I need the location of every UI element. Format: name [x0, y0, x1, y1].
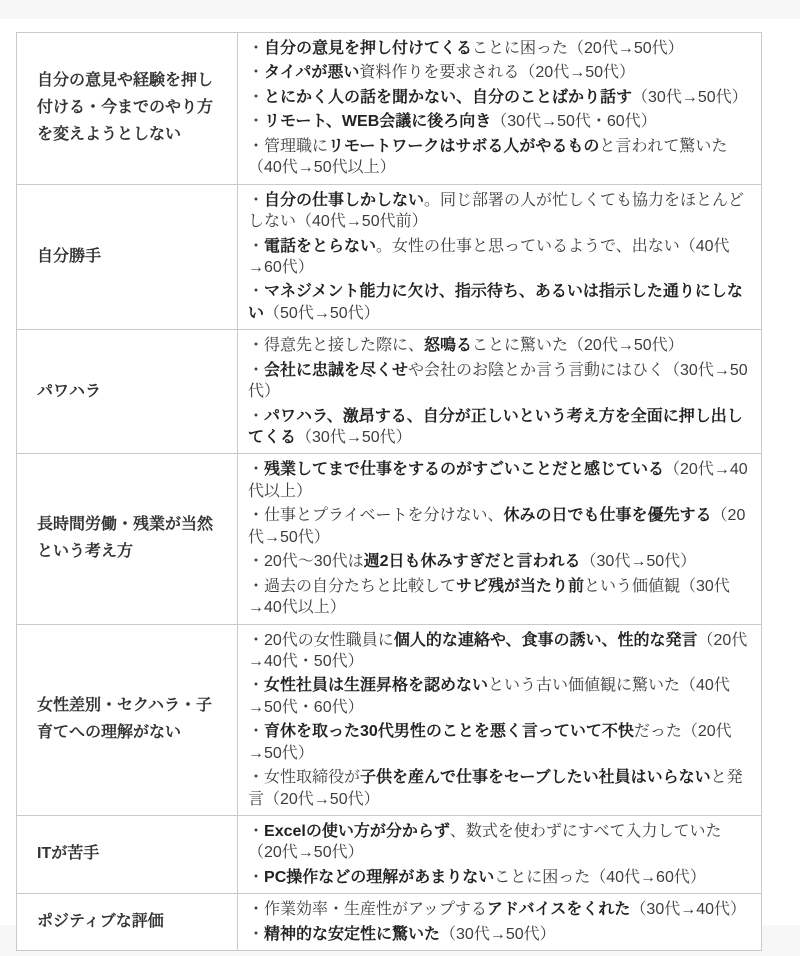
emphasis-text: 子供を産んで仕事をセーブしたい社員はいらない — [360, 769, 711, 786]
details-cell: ・20代の女性職員に個人的な連絡や、食事の誘い、性的な発言（20代→40代・50… — [238, 624, 762, 816]
emphasis-text: 会社に忠誠を尽くせ — [264, 362, 408, 379]
article-card: 自分の意見や経験を押し付ける・今までのやり方を変えようとしない・自分の意見を押し… — [0, 19, 800, 925]
plain-text: ・管理職に — [248, 138, 328, 155]
category-cell: 長時間労働・残業が当然という考え方 — [17, 454, 238, 624]
details-cell: ・残業してまで仕事をするのがすごいことだと感じている（20代→40代以上）・仕事… — [238, 454, 762, 624]
emphasis-text: 自分の意見を押し付けてくる — [264, 40, 472, 57]
table-row: 女性差別・セクハラ・子育てへの理解がない・20代の女性職員に個人的な連絡や、食事… — [17, 624, 762, 816]
plain-text: ・女性取締役が — [248, 769, 360, 786]
feedback-item: ・精神的な安定性に驚いた（30代→50代） — [248, 924, 751, 945]
plain-text: （30代→50代） — [632, 89, 748, 106]
plain-text: （30代→50代） — [440, 926, 556, 943]
plain-text: 資料作りを要求される（20代→50代） — [359, 64, 635, 81]
emphasis-text: 育休を取った30代男性のことを悪く言っていて不快 — [264, 723, 634, 740]
emphasis-text: とにかく人の話を聞かない、自分のことばかり話す — [264, 89, 632, 106]
plain-text: ・ — [248, 64, 264, 81]
details-cell: ・作業効率・生産性がアップするアドバイスをくれた（30代→40代）・精神的な安定… — [238, 894, 762, 951]
feedback-item: ・PC操作などの理解があまりないことに困った（40代→60代） — [248, 867, 751, 888]
plain-text: ことに困った（40代→60代） — [494, 869, 706, 886]
plain-text: ・ — [248, 677, 264, 694]
plain-text: ・ — [248, 408, 264, 425]
emphasis-text: サビ残が当たり前 — [456, 578, 584, 595]
plain-text: ・ — [248, 238, 264, 255]
emphasis-text: 自分の仕事しかしない — [264, 192, 424, 209]
plain-text: ・ — [248, 723, 264, 740]
plain-text: ・20代～30代は — [248, 553, 364, 570]
plain-text: ・ — [248, 113, 264, 130]
plain-text: ・ — [248, 192, 264, 209]
emphasis-text: 残業してまで仕事をするのがすごいことだと感じている — [264, 461, 664, 478]
plain-text: （30代→40代） — [630, 901, 746, 918]
plain-text: ことに困った（20代→50代） — [472, 40, 684, 57]
feedback-item: ・Excelの使い方が分からず、数式を使わずにすべて入力していた（20代→50代… — [248, 821, 751, 864]
emphasis-text: 電話をとらない — [264, 238, 376, 255]
details-cell: ・自分の意見を押し付けてくることに困った（20代→50代）・タイパが悪い資料作り… — [238, 33, 762, 185]
plain-text: （30代→50代） — [296, 429, 412, 446]
feedback-item: ・作業効率・生産性がアップするアドバイスをくれた（30代→40代） — [248, 899, 751, 920]
emphasis-text: 精神的な安定性に驚いた — [264, 926, 440, 943]
plain-text: ・ — [248, 823, 264, 840]
plain-text: ことに驚いた（20代→50代） — [472, 337, 684, 354]
feedback-item: ・会社に忠誠を尽くせや会社のお陰とか言う言動にはひく（30代→50代） — [248, 360, 751, 403]
feedback-item: ・自分の意見を押し付けてくることに困った（20代→50代） — [248, 38, 751, 59]
plain-text: （30代→50代） — [581, 553, 697, 570]
feedback-item: ・20代の女性職員に個人的な連絡や、食事の誘い、性的な発言（20代→40代・50… — [248, 630, 751, 673]
plain-text: ・ — [248, 283, 264, 300]
feedback-item: ・過去の自分たちと比較してサビ残が当たり前という価値観（30代→40代以上） — [248, 576, 751, 619]
table-row: 自分勝手・自分の仕事しかしない。同じ部署の人が忙しくても協力をほとんどしない（4… — [17, 184, 762, 330]
plain-text: ・ — [248, 89, 264, 106]
plain-text: ・ — [248, 362, 264, 379]
plain-text: ・ — [248, 869, 264, 886]
feedback-item: ・女性取締役が子供を産んで仕事をセーブしたい社員はいらないと発言（20代→50代… — [248, 767, 751, 810]
plain-text: ・得意先と接した際に、 — [248, 337, 424, 354]
feedback-item: ・マネジメント能力に欠け、指示待ち、あるいは指示した通りにしない（50代→50代… — [248, 281, 751, 324]
feedback-item: ・パワハラ、激昂する、自分が正しいという考え方を全面に押し出してくる（30代→5… — [248, 406, 751, 449]
category-cell: ITが苦手 — [17, 816, 238, 894]
emphasis-text: 怒鳴る — [424, 337, 472, 354]
emphasis-text: PC操作などの理解があまりない — [264, 869, 494, 886]
emphasis-text: 個人的な連絡や、食事の誘い、性的な発言 — [394, 632, 698, 649]
table-row: 長時間労働・残業が当然という考え方・残業してまで仕事をするのがすごいことだと感じ… — [17, 454, 762, 624]
feedback-item: ・リモート、WEB会議に後ろ向き（30代→50代・60代） — [248, 111, 751, 132]
feedback-item: ・仕事とプライベートを分けない、休みの日でも仕事を優先する（20代→50代） — [248, 505, 751, 548]
table-row: 自分の意見や経験を押し付ける・今までのやり方を変えようとしない・自分の意見を押し… — [17, 33, 762, 185]
plain-text: ・ — [248, 40, 264, 57]
category-cell: 自分の意見や経験を押し付ける・今までのやり方を変えようとしない — [17, 33, 238, 185]
feedback-item: ・電話をとらない。女性の仕事と思っているようで、出ない（40代→60代） — [248, 236, 751, 279]
details-cell: ・Excelの使い方が分からず、数式を使わずにすべて入力していた（20代→50代… — [238, 816, 762, 894]
table-row: パワハラ・得意先と接した際に、怒鳴ることに驚いた（20代→50代）・会社に忠誠を… — [17, 330, 762, 454]
feedback-item: ・管理職にリモートワークはサボる人がやるものと言われて驚いた（40代→50代以上… — [248, 136, 751, 179]
emphasis-text: 週2日も休みすぎだと言われる — [364, 553, 581, 570]
feedback-item: ・タイパが悪い資料作りを要求される（20代→50代） — [248, 62, 751, 83]
feedback-item: ・得意先と接した際に、怒鳴ることに驚いた（20代→50代） — [248, 335, 751, 356]
feedback-item: ・とにかく人の話を聞かない、自分のことばかり話す（30代→50代） — [248, 87, 751, 108]
emphasis-text: リモートワークはサボる人がやるもの — [328, 138, 599, 155]
table-row: ITが苦手・Excelの使い方が分からず、数式を使わずにすべて入力していた（20… — [17, 816, 762, 894]
emphasis-text: リモート、WEB会議に後ろ向き — [264, 113, 491, 130]
plain-text: ・作業効率・生産性がアップする — [248, 901, 487, 918]
details-cell: ・自分の仕事しかしない。同じ部署の人が忙しくても協力をほとんどしない（40代→5… — [238, 184, 762, 330]
category-cell: 自分勝手 — [17, 184, 238, 330]
category-cell: パワハラ — [17, 330, 238, 454]
emphasis-text: タイパが悪い — [264, 64, 359, 81]
category-cell: 女性差別・セクハラ・子育てへの理解がない — [17, 624, 238, 816]
feedback-table: 自分の意見や経験を押し付ける・今までのやり方を変えようとしない・自分の意見を押し… — [16, 32, 762, 951]
plain-text: ・仕事とプライベートを分けない、 — [248, 507, 504, 524]
table-row: ポジティブな評価・作業効率・生産性がアップするアドバイスをくれた（30代→40代… — [17, 894, 762, 951]
plain-text: ・ — [248, 461, 264, 478]
category-cell: ポジティブな評価 — [17, 894, 238, 951]
page-background: { "page": { "background_color": "#f7f7f7… — [0, 0, 800, 956]
feedback-item: ・残業してまで仕事をするのがすごいことだと感じている（20代→40代以上） — [248, 459, 751, 502]
feedback-item: ・自分の仕事しかしない。同じ部署の人が忙しくても協力をほとんどしない（40代→5… — [248, 190, 751, 233]
feedback-item: ・育休を取った30代男性のことを悪く言っていて不快だった（20代→50代） — [248, 721, 751, 764]
emphasis-text: 女性社員は生涯昇格を認めない — [264, 677, 488, 694]
plain-text: （50代→50代） — [264, 305, 380, 322]
emphasis-text: 休みの日でも仕事を優先する — [504, 507, 712, 524]
table-body: 自分の意見や経験を押し付ける・今までのやり方を変えようとしない・自分の意見を押し… — [17, 33, 762, 951]
emphasis-text: Excelの使い方が分からず — [264, 823, 450, 840]
plain-text: （30代→50代・60代） — [491, 113, 656, 130]
plain-text: ・過去の自分たちと比較して — [248, 578, 456, 595]
plain-text: ・20代の女性職員に — [248, 632, 394, 649]
plain-text: ・ — [248, 926, 264, 943]
feedback-item: ・20代～30代は週2日も休みすぎだと言われる（30代→50代） — [248, 551, 751, 572]
feedback-item: ・女性社員は生涯昇格を認めないという古い価値観に驚いた（40代→50代・60代） — [248, 675, 751, 718]
emphasis-text: アドバイスをくれた — [487, 901, 631, 918]
details-cell: ・得意先と接した際に、怒鳴ることに驚いた（20代→50代）・会社に忠誠を尽くせや… — [238, 330, 762, 454]
